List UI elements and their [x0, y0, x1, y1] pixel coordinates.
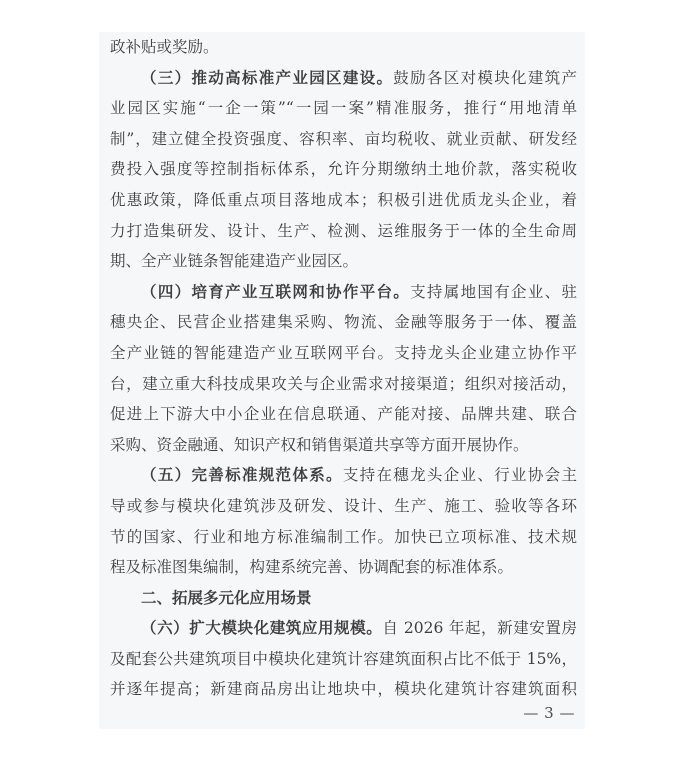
body-text: 自 2026 年起，新建安置房	[382, 619, 577, 637]
page-number: — 3 —	[523, 703, 575, 723]
text-line: 业园区实施“一企一策”“一园一案”精准服务，推行“用地清单	[110, 93, 577, 124]
body-text: 导或参与模块化建筑涉及研发、设计、生产、施工、验收等各环	[110, 497, 577, 515]
body-text: 促进上下游大中小企业在信息联通、产能对接、品牌共建、联合	[110, 405, 577, 423]
text-line: 政补贴或奖励。	[110, 32, 577, 63]
text-line: 节的国家、行业和地方标准编制工作。加快已立项标准、技术规	[110, 522, 577, 553]
section-lead-text: （六）扩大模块化建筑应用规模。	[141, 618, 382, 637]
body-text: 制”，建立健全投资强度、容积率、亩均税收、就业贡献、研发经	[110, 130, 577, 148]
text-line: 二、拓展多元化应用场景	[110, 583, 577, 614]
body-text: 期、全产业链条智能建造产业园区。	[110, 252, 358, 270]
body-text: 力打造集研发、设计、生产、检测、运维服务于一体的全生命周	[110, 222, 577, 240]
body-text: 支持属地国有企业、驻	[410, 283, 577, 301]
text-line: （六）扩大模块化建筑应用规模。自 2026 年起，新建安置房	[110, 613, 577, 644]
text-line: 导或参与模块化建筑涉及研发、设计、生产、施工、验收等各环	[110, 491, 577, 522]
text-line: 全产业链的智能建造产业互联网平台。支持龙头企业建立协作平	[110, 338, 577, 369]
text-line: 穗央企、民营企业搭建集采购、物流、金融等服务于一体、覆盖	[110, 307, 577, 338]
text-line: 优惠政策，降低重点项目落地成本；积极引进优质龙头企业，着	[110, 185, 577, 216]
text-line: （五）完善标准规范体系。支持在穗龙头企业、行业协会主	[110, 460, 577, 491]
section-lead-text: 二、拓展多元化应用场景	[141, 588, 312, 607]
body-text: 穗央企、民营企业搭建集采购、物流、金融等服务于一体、覆盖	[110, 313, 577, 331]
text-line: 程及标准图集编制，构建系统完善、协调配套的标准体系。	[110, 552, 577, 583]
body-text: 费投入强度等控制指标体系，允许分期缴纳土地价款，落实税收	[110, 160, 577, 178]
body-text: 并逐年提高；新建商品房出让地块中，模块化建筑计容建筑面积	[110, 680, 577, 698]
body-text: 支持在穗龙头企业、行业协会主	[343, 466, 577, 484]
body-text: 程及标准图集编制，构建系统完善、协调配套的标准体系。	[110, 558, 513, 576]
section-lead-text: （三）推动高标准产业园区建设。	[141, 68, 393, 87]
body-text: 优惠政策，降低重点项目落地成本；积极引进优质龙头企业，着	[110, 191, 577, 209]
body-text: 全产业链的智能建造产业互联网平台。支持龙头企业建立协作平	[110, 344, 577, 362]
text-line: 力打造集研发、设计、生产、检测、运维服务于一体的全生命周	[110, 216, 577, 247]
body-text: 政补贴或奖励。	[110, 38, 219, 56]
document-body: 政补贴或奖励。（三）推动高标准产业园区建设。鼓励各区对模块化建筑产业园区实施“一…	[110, 32, 577, 705]
body-text: 及配套公共建筑项目中模块化建筑计容建筑面积占比不低于 15%，	[110, 650, 577, 668]
body-text: 台，建立重大科技成果攻关与企业需求对接渠道；组织对接活动，	[110, 375, 577, 393]
text-line: 采购、资金融通、知识产权和销售渠道共享等方面开展协作。	[110, 430, 577, 461]
text-line: 台，建立重大科技成果攻关与企业需求对接渠道；组织对接活动，	[110, 369, 577, 400]
text-line: 期、全产业链条智能建造产业园区。	[110, 246, 577, 277]
text-line: 促进上下游大中小企业在信息联通、产能对接、品牌共建、联合	[110, 399, 577, 430]
body-text: 鼓励各区对模块化建筑产	[393, 69, 577, 87]
section-lead-text: （五）完善标准规范体系。	[141, 465, 343, 484]
text-line: 并逐年提高；新建商品房出让地块中，模块化建筑计容建筑面积	[110, 674, 577, 705]
text-line: （四）培育产业互联网和协作平台。支持属地国有企业、驻	[110, 277, 577, 308]
body-text: 节的国家、行业和地方标准编制工作。加快已立项标准、技术规	[110, 528, 577, 546]
text-line: 制”，建立健全投资强度、容积率、亩均税收、就业贡献、研发经	[110, 124, 577, 155]
body-text: 采购、资金融通、知识产权和销售渠道共享等方面开展协作。	[110, 436, 529, 454]
text-line: 费投入强度等控制指标体系，允许分期缴纳土地价款，落实税收	[110, 154, 577, 185]
section-lead-text: （四）培育产业互联网和协作平台。	[141, 282, 410, 301]
text-line: 及配套公共建筑项目中模块化建筑计容建筑面积占比不低于 15%，	[110, 644, 577, 675]
text-line: （三）推动高标准产业园区建设。鼓励各区对模块化建筑产	[110, 63, 577, 94]
document-page: 政补贴或奖励。（三）推动高标准产业园区建设。鼓励各区对模块化建筑产业园区实施“一…	[99, 32, 585, 729]
body-text: 业园区实施“一企一策”“一园一案”精准服务，推行“用地清单	[110, 99, 577, 117]
document-viewer: 政补贴或奖励。（三）推动高标准产业园区建设。鼓励各区对模块化建筑产业园区实施“一…	[0, 0, 686, 781]
